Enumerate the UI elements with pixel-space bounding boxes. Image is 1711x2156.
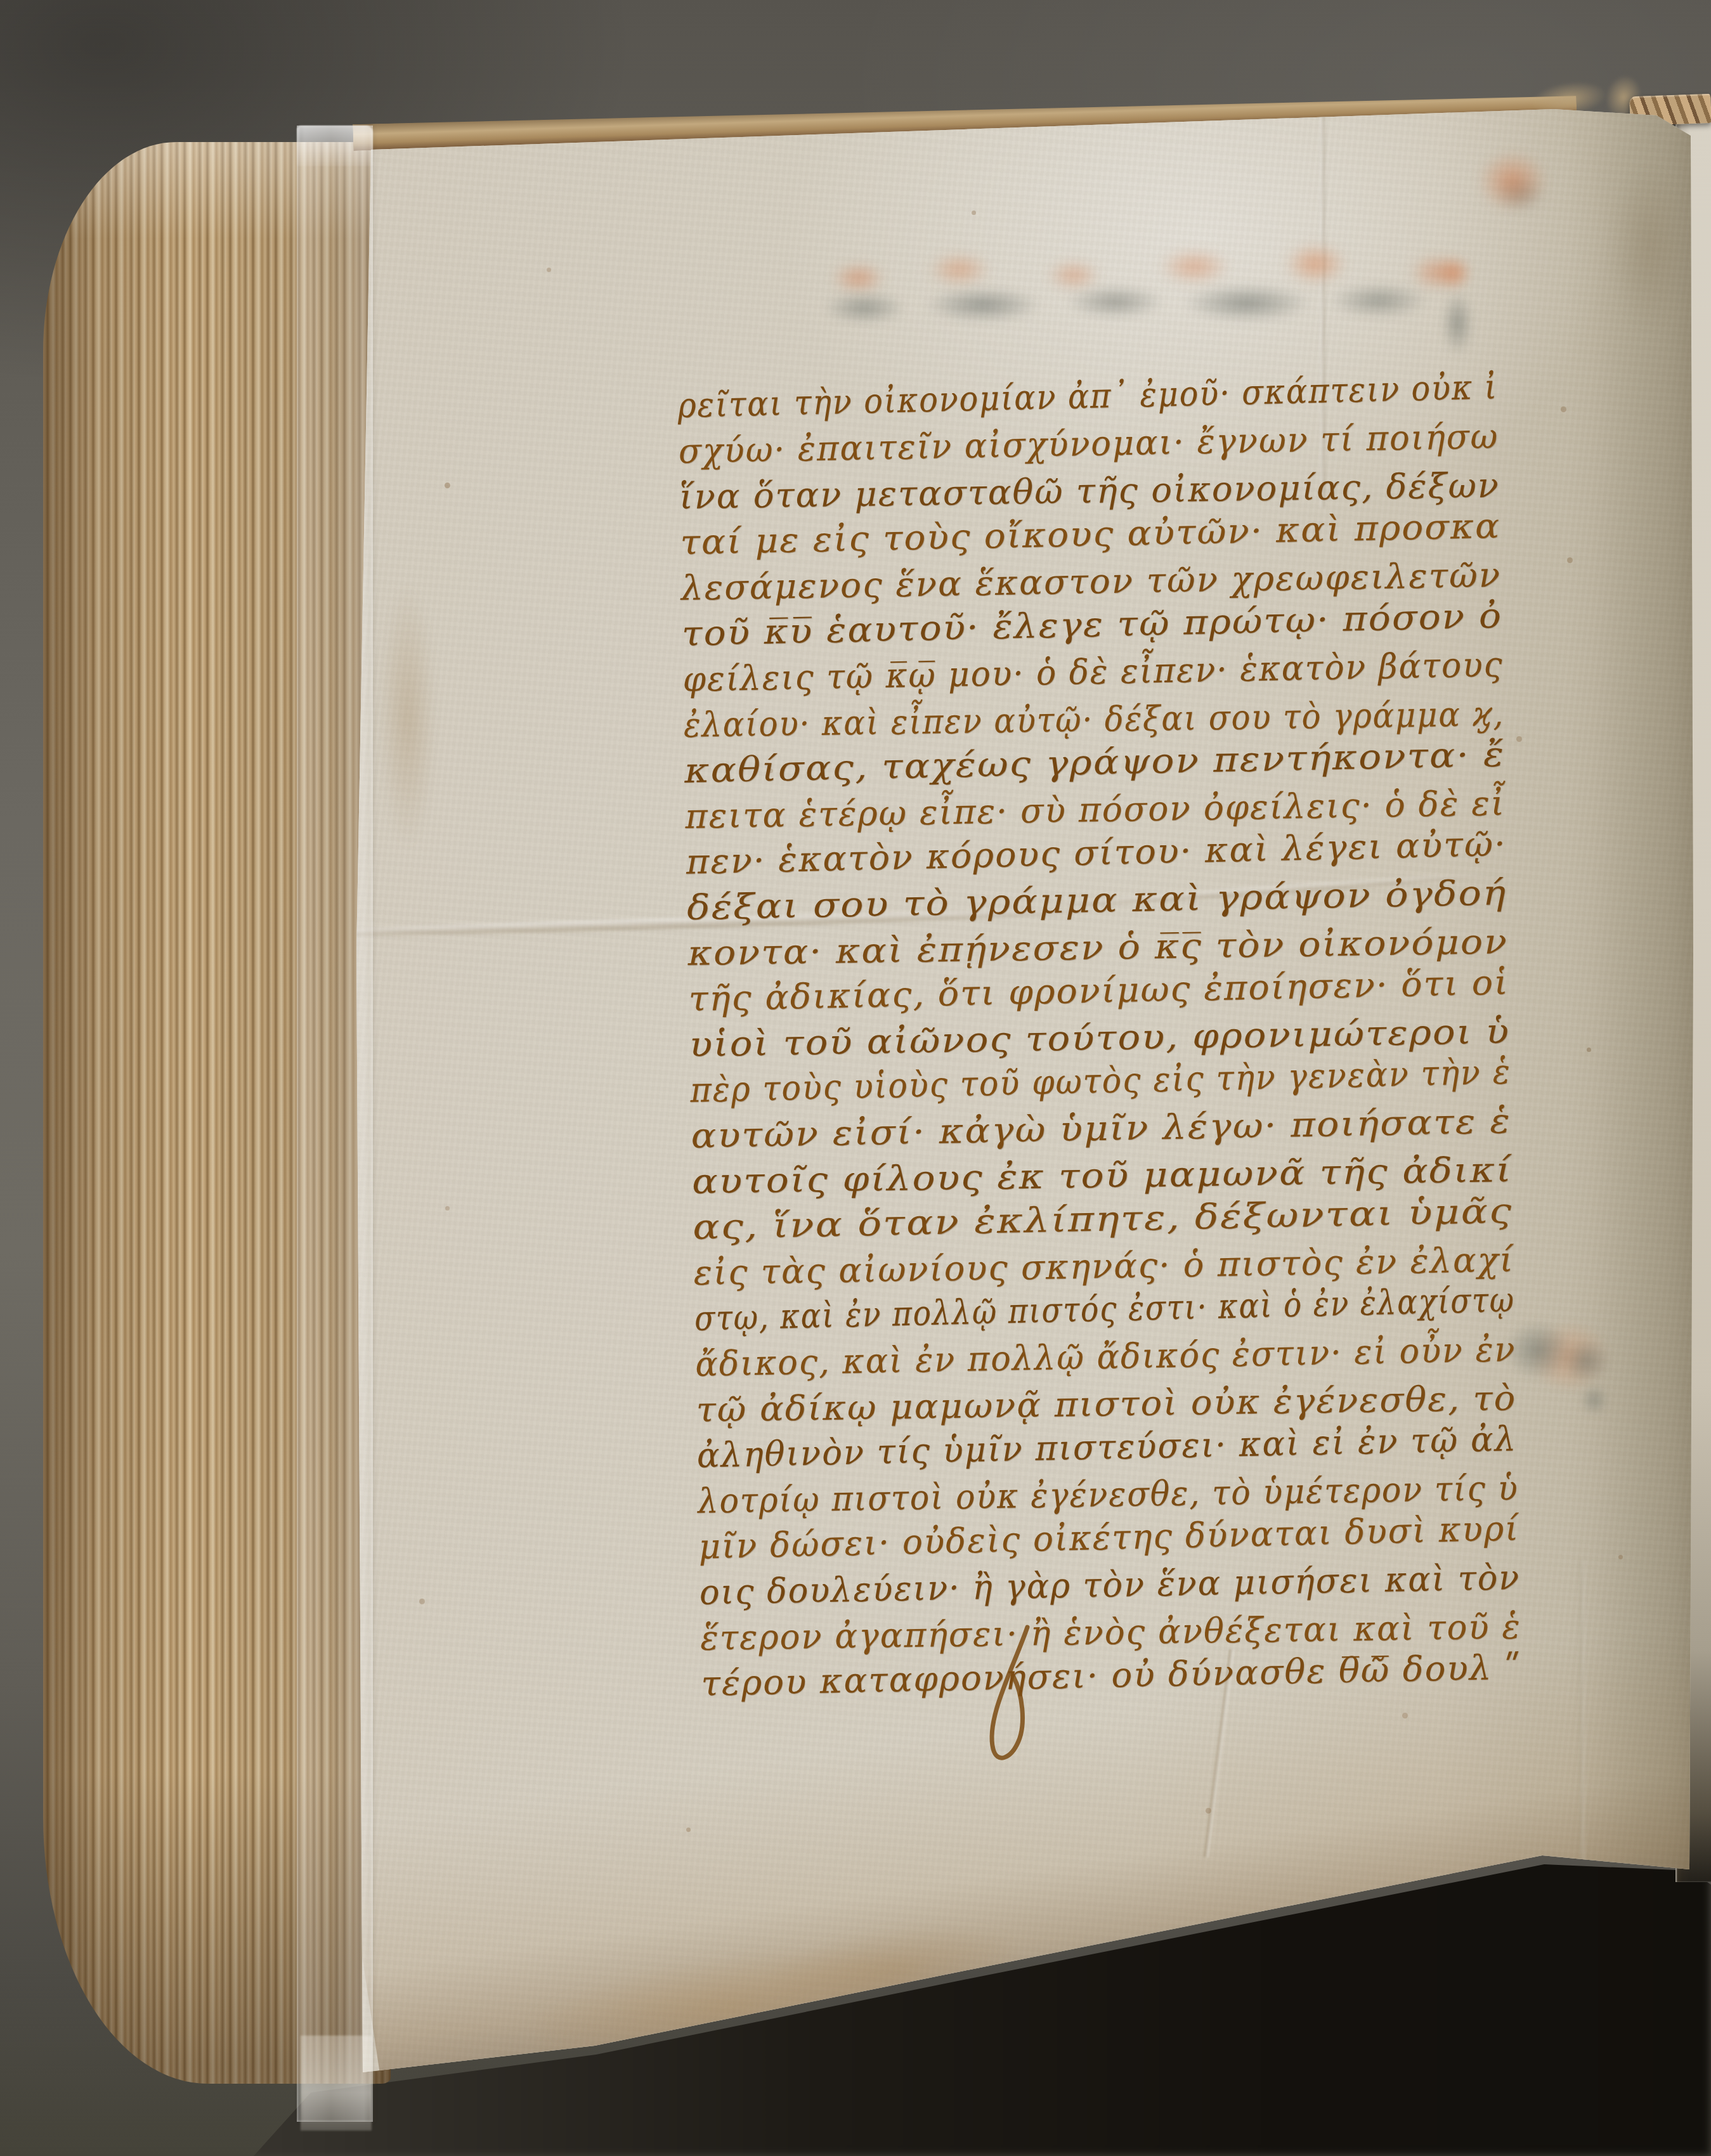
repair-tissue-strip (297, 126, 373, 2122)
faded-rubric-smudge (812, 271, 1471, 332)
stain (1611, 165, 1687, 330)
manuscript-photo: ρεῖται τὴν οἰκονομίαν ἀπ᾽ ἐμοῦ· σκάπτειν… (0, 0, 1711, 2156)
repair-tissue-strip-top (297, 126, 373, 166)
margin-red-mark (1478, 151, 1547, 212)
repair-tissue-strip-end (301, 2036, 372, 2131)
pen-flourish (932, 1623, 1122, 1788)
gutter-shading (1566, 108, 1711, 1877)
stain (379, 583, 436, 850)
faded-rubric-smudge (1419, 252, 1489, 367)
text-block: ρεῖται τὴν οἰκονομίαν ἀπ᾽ ἐμοῦ· σκάπτειν… (677, 368, 1526, 1706)
